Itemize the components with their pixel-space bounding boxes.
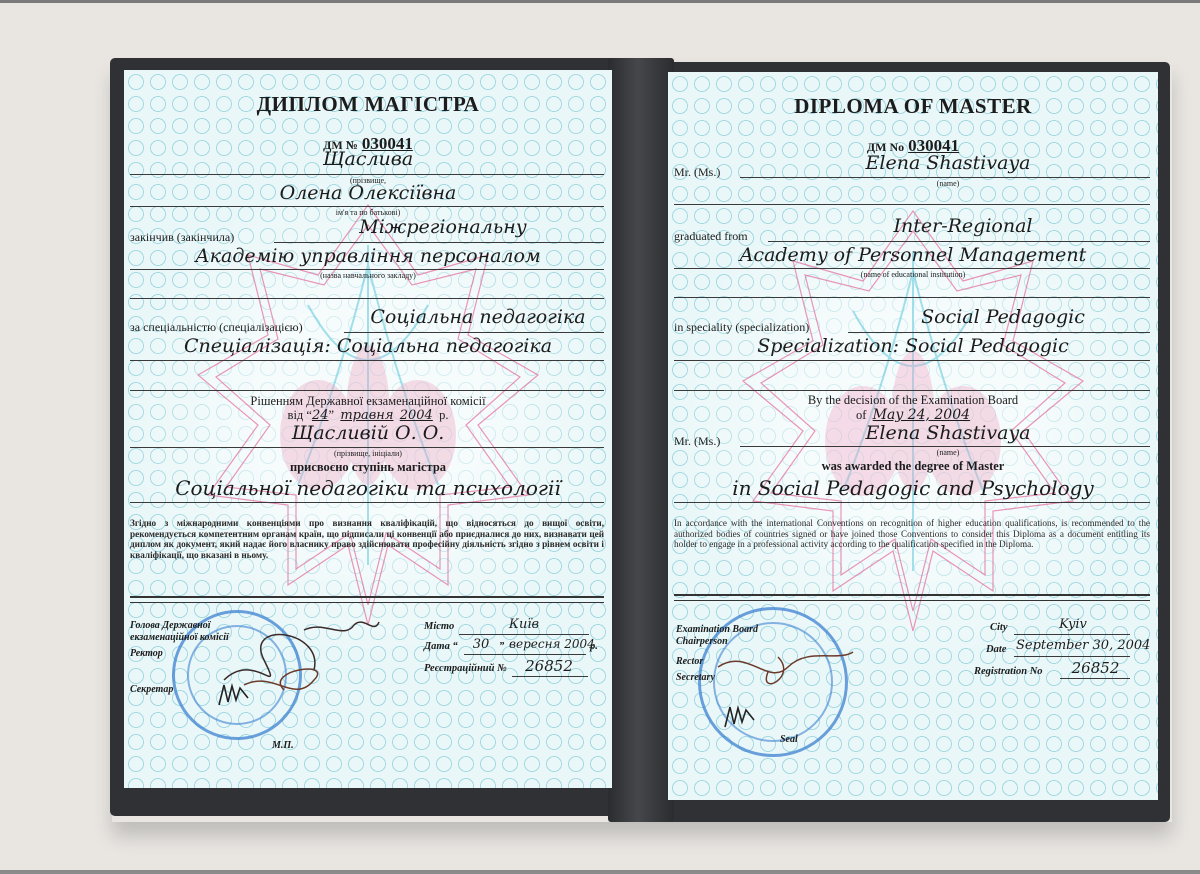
registration-number: 26852 bbox=[514, 657, 584, 675]
rule bbox=[130, 206, 604, 207]
registration-label: Registration No bbox=[974, 666, 1043, 677]
registration-number: 26852 bbox=[1063, 659, 1128, 677]
rule bbox=[674, 390, 1150, 391]
chair-label: Examination Board Chairperson bbox=[676, 624, 786, 648]
degree: Соціальної педагогіки та психології bbox=[124, 476, 612, 500]
rule bbox=[274, 242, 604, 243]
diploma-title: ДИПЛОМ МАГІСТРА bbox=[124, 92, 612, 117]
scan-edge-bottom bbox=[0, 870, 1200, 874]
city-label: City bbox=[990, 622, 1008, 633]
date-month-year: вересня 2004 bbox=[509, 637, 589, 651]
rule bbox=[674, 360, 1150, 361]
specialization: Specialization: Social Pedagogic bbox=[668, 335, 1158, 357]
awardee: Щасливій О. О. bbox=[124, 422, 612, 444]
diploma-page-ukrainian: ДИПЛОМ МАГІСТРА ДМ №030041 Щаслива (пріз… bbox=[124, 70, 612, 788]
rule bbox=[130, 447, 604, 448]
awardee-caption: (name) bbox=[738, 448, 1158, 457]
seal-label: Seal bbox=[780, 734, 798, 746]
rule bbox=[344, 332, 604, 333]
rector-label: Ректор bbox=[130, 648, 163, 660]
rector-label: Rector bbox=[676, 656, 703, 668]
name-caption: (name) bbox=[738, 179, 1158, 188]
convention-text: In accordance with the international Con… bbox=[674, 518, 1150, 550]
rule bbox=[130, 360, 604, 361]
decision-date: May 24, 2004 bbox=[873, 407, 970, 423]
speciality: Соціальна педагогіка bbox=[344, 306, 612, 328]
rule bbox=[130, 269, 604, 270]
scan-edge-top bbox=[0, 0, 1200, 3]
rule bbox=[1014, 656, 1130, 657]
mr-ms-label-2: Mr. (Ms.) bbox=[674, 434, 720, 449]
institution-line1: Inter-Regional bbox=[768, 215, 1158, 237]
double-rule bbox=[674, 594, 1150, 601]
institution-line2: Academy of Personnel Management bbox=[668, 244, 1158, 266]
rule bbox=[740, 446, 1150, 447]
diploma-page-english: DIPLOMA OF MASTER ДМ No030041 Mr. (Ms.) … bbox=[668, 72, 1158, 800]
decision-text: Рішенням Державної екзаменаційної комісі… bbox=[124, 394, 612, 409]
rule bbox=[674, 502, 1150, 503]
secretary-label: Secretary bbox=[676, 672, 715, 684]
diploma-title: DIPLOMA OF MASTER bbox=[668, 94, 1158, 119]
rule bbox=[1014, 634, 1130, 635]
rule bbox=[464, 654, 586, 655]
mr-ms-label: Mr. (Ms.) bbox=[674, 165, 720, 180]
chair-label: Голова Державної екзаменаційної комісії bbox=[130, 620, 250, 644]
rule bbox=[130, 502, 604, 503]
city-value: Київ bbox=[464, 617, 584, 632]
registration-label: Реєстраційний № bbox=[424, 663, 507, 674]
signature-secretary bbox=[720, 702, 760, 732]
rule bbox=[768, 241, 1150, 242]
rule bbox=[674, 297, 1150, 298]
awardee-caption: (прізвище, ініціали) bbox=[124, 449, 612, 458]
signature-secretary bbox=[214, 680, 254, 710]
booklet-spine bbox=[608, 58, 674, 822]
city-label: Місто bbox=[424, 621, 454, 632]
rule bbox=[130, 298, 604, 299]
date-value: September 30, 2004 bbox=[1016, 638, 1134, 653]
speciality-label: за спеціальністю (спеціалізацією) bbox=[130, 320, 303, 335]
rule bbox=[848, 332, 1150, 333]
speciality: Social Pedagogic bbox=[848, 306, 1158, 328]
secretary-label: Секретар bbox=[130, 684, 173, 696]
decision-month: травня bbox=[340, 408, 393, 423]
rule bbox=[674, 268, 1150, 269]
date-label: Дата “ bbox=[424, 641, 458, 652]
city-value: Kyiv bbox=[1018, 617, 1128, 632]
decision-year: 2004 bbox=[400, 408, 433, 423]
awarded-text: was awarded the degree of Master bbox=[668, 459, 1158, 474]
speciality-label: in speciality (specialization) bbox=[674, 320, 809, 335]
decision-date-line: of May 24, 2004 bbox=[668, 407, 1158, 423]
rule bbox=[459, 634, 589, 635]
institution-line1: Міжрегіональну bbox=[274, 216, 612, 238]
rule bbox=[130, 390, 604, 391]
awarded-text: присвоєно ступінь магістра bbox=[124, 460, 612, 475]
rule bbox=[130, 174, 604, 175]
decision-date: від “24” травня 2004 р. bbox=[124, 408, 612, 423]
convention-text: Згідно з міжнародними конвенціями про ви… bbox=[130, 518, 604, 560]
given-names: Олена Олексіївна bbox=[124, 182, 612, 204]
date-day: 30 bbox=[466, 637, 496, 652]
seal-label: М.П. bbox=[272, 740, 294, 752]
specialization: Спеціалізація: Соціальна педагогіка bbox=[124, 335, 612, 357]
graduated-label: graduated from bbox=[674, 229, 748, 244]
decision-day: 24 bbox=[312, 408, 329, 423]
double-rule bbox=[130, 596, 604, 603]
institution-caption: (назва навчального закладу) bbox=[124, 271, 612, 280]
graduated-label: закінчив (закінчила) bbox=[130, 230, 234, 245]
date-label: Date bbox=[986, 644, 1006, 655]
institution-caption: (name of educational institution) bbox=[668, 270, 1158, 279]
rule bbox=[512, 676, 588, 677]
institution-line2: Академію управління персоналом bbox=[124, 245, 612, 267]
rule bbox=[674, 204, 1150, 205]
surname: Щаслива bbox=[124, 148, 612, 170]
holder-name: Elena Shastivaya bbox=[738, 152, 1158, 174]
rule bbox=[1060, 678, 1130, 679]
awardee: Elena Shastivaya bbox=[738, 422, 1158, 444]
degree: in Social Pedagogic and Psychology bbox=[668, 476, 1158, 500]
decision-text: By the decision of the Examination Board bbox=[668, 393, 1158, 408]
rule bbox=[740, 177, 1150, 178]
